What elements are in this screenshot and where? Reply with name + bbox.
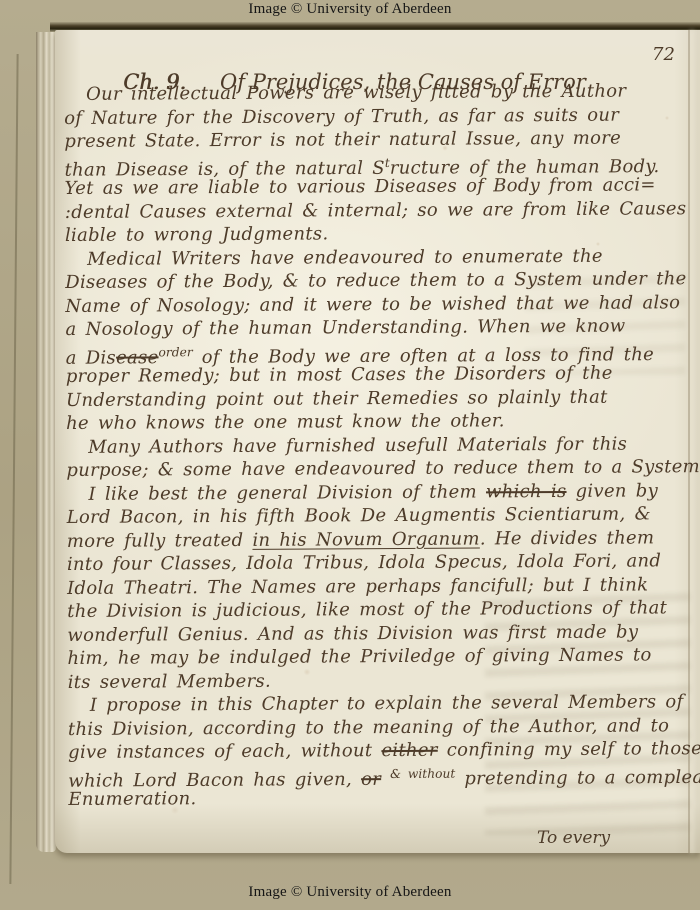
text-segment: Diseases of the Body, & to reduce them t… bbox=[65, 268, 686, 293]
text-segment: Idola Theatri. The Names are perhaps fan… bbox=[67, 574, 648, 599]
manuscript-line: the Division is judicious, like most of … bbox=[67, 596, 692, 623]
text-segment: give instances of each, without bbox=[68, 740, 381, 763]
text-segment: wonderfull Genius. And as this Division … bbox=[67, 621, 638, 645]
text-segment: this Division, according to the meaning … bbox=[68, 715, 669, 740]
book-leaf-edges bbox=[36, 32, 56, 852]
text-segment-above: order bbox=[158, 345, 192, 359]
text-segment: more fully treated bbox=[67, 529, 253, 551]
text-segment: the Division is judicious, like most of … bbox=[67, 597, 667, 622]
text-segment: . He divides them bbox=[480, 527, 655, 549]
text-segment: Many Authors have furnished usefull Mate… bbox=[88, 433, 627, 457]
text-segment: of Nature for the Discovery of Truth, as… bbox=[64, 104, 619, 128]
manuscript-line: Yet as we are liable to various Diseases… bbox=[65, 173, 690, 200]
manuscript-body: Our intellectual Powers are wisely fitte… bbox=[64, 79, 693, 811]
page-number: 72 bbox=[652, 44, 675, 65]
text-segment: present State. Error is not their natura… bbox=[64, 128, 621, 152]
manuscript-line: Our intellectual Powers are wisely fitte… bbox=[64, 79, 689, 106]
text-segment: confining my self to those bbox=[438, 738, 700, 761]
catchword: To every bbox=[537, 828, 610, 848]
text-segment-strike: or bbox=[361, 768, 381, 789]
manuscript-line: which Lord Bacon has given, or & without… bbox=[68, 761, 693, 788]
text-segment: into four Classes, Idola Tribus, Idola S… bbox=[67, 550, 661, 575]
text-segment: its several Members. bbox=[68, 670, 271, 692]
text-segment: him, he may be indulged the Priviledge o… bbox=[67, 644, 651, 669]
text-segment: :dental Causes external & internal; so w… bbox=[65, 198, 687, 223]
text-segment: proper Remedy; but in most Cases the Dis… bbox=[66, 363, 613, 387]
text-segment: Our intellectual Powers are wisely fitte… bbox=[86, 81, 626, 105]
manuscript-line: a Nosology of the human Understanding. W… bbox=[65, 314, 690, 341]
text-segment: Understanding point out their Remedies s… bbox=[66, 386, 608, 410]
manuscript-line: give instances of each, without either c… bbox=[68, 737, 693, 764]
text-segment: I like best the general Division of them bbox=[88, 481, 486, 504]
manuscript-line: proper Remedy; but in most Cases the Dis… bbox=[66, 361, 691, 388]
text-segment-strike: either bbox=[381, 740, 437, 761]
text-segment: a Nosology of the human Understanding. W… bbox=[65, 316, 625, 340]
text-segment: purpose; & some have endeavoured to redu… bbox=[66, 456, 700, 481]
manuscript-line: into four Classes, Idola Tribus, Idola S… bbox=[67, 549, 692, 576]
text-segment bbox=[381, 768, 390, 789]
manuscript-line: Lord Bacon, in his fifth Book De Augment… bbox=[67, 502, 692, 529]
copyright-caption-bottom: Image © University of Aberdeen bbox=[0, 884, 700, 901]
scanned-manuscript-background: Image © University of Aberdeen 72 Ch. 9.… bbox=[0, 0, 700, 910]
manuscript-page: 72 Ch. 9.Of Prejudices, the Causes of Er… bbox=[55, 30, 700, 853]
manuscript-line: present State. Error is not their natura… bbox=[64, 126, 689, 153]
manuscript-line: Understanding point out their Remedies s… bbox=[66, 385, 691, 412]
text-segment: Medical Writers have endeavoured to enum… bbox=[87, 245, 603, 269]
copyright-caption-top: Image © University of Aberdeen bbox=[0, 1, 700, 18]
manuscript-line: I propose in this Chapter to explain the… bbox=[68, 690, 693, 717]
text-segment-under: in his Novum Organum bbox=[252, 528, 480, 550]
text-segment: Enumeration. bbox=[68, 788, 196, 810]
text-segment: Yet as we are liable to various Diseases… bbox=[65, 174, 656, 199]
text-segment: liable to wrong Judgments. bbox=[65, 223, 329, 246]
text-segment: pretending to a compleat bbox=[455, 766, 700, 789]
text-segment-above: & without bbox=[390, 766, 455, 780]
manuscript-line: :dental Causes external & internal; so w… bbox=[65, 197, 690, 224]
manuscript-line: Diseases of the Body, & to reduce them t… bbox=[65, 267, 690, 294]
text-segment: Lord Bacon, in his fifth Book De Augment… bbox=[67, 503, 651, 528]
manuscript-line: purpose; & some have endeavoured to redu… bbox=[66, 455, 691, 482]
text-segment: given by bbox=[566, 480, 658, 502]
text-segment-strike: which is bbox=[486, 480, 567, 501]
text-segment: Name of Nosology; and it were to be wish… bbox=[65, 292, 680, 317]
text-segment: I propose in this Chapter to explain the… bbox=[90, 691, 684, 716]
mount-board-edge bbox=[9, 54, 18, 884]
text-segment: he who knows the one must know the other… bbox=[66, 410, 505, 434]
manuscript-line: him, he may be indulged the Priviledge o… bbox=[67, 643, 692, 670]
